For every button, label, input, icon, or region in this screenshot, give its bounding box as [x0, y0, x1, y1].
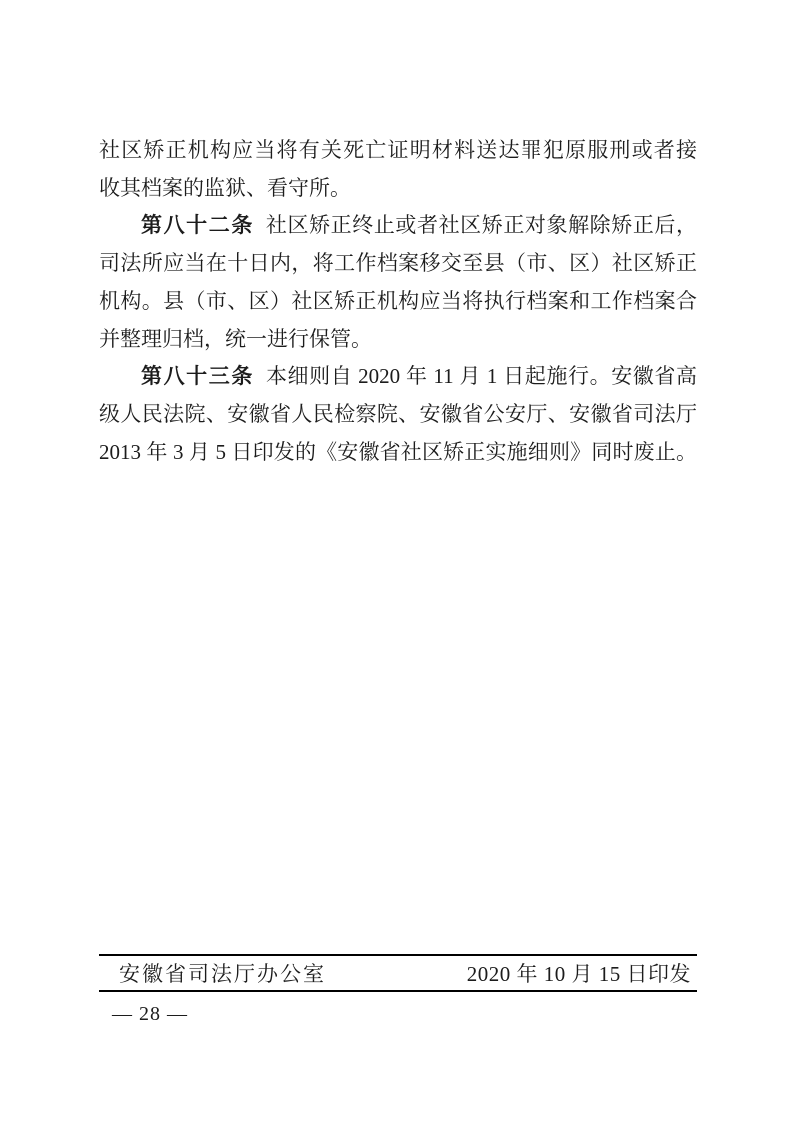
document-body: 社区矫正机构应当将有关死亡证明材料送达罪犯原服刑或者接 收其档案的监狱、看守所。… [99, 132, 697, 471]
footer-rule-bottom [99, 990, 697, 992]
body-line: 机构。县（市、区）社区矫正机构应当将执行档案和工作档案合 [99, 283, 697, 321]
article-82-number: 第八十二条 [141, 214, 254, 237]
body-line-text: 社区矫正终止或者社区矫正对象解除矫正后， [266, 213, 697, 237]
body-line: 2013 年 3 月 5 日印发的《安徽省社区矫正实施细则》同时废止。 [99, 434, 697, 472]
body-line-article-82: 第八十二条社区矫正终止或者社区矫正对象解除矫正后， [99, 207, 697, 245]
body-line: 社区矫正机构应当将有关死亡证明材料送达罪犯原服刑或者接 [99, 132, 697, 170]
print-date: 2020 年 10 月 15 日印发 [467, 958, 691, 988]
document-footer: 安徽省司法厅办公室 2020 年 10 月 15 日印发 [99, 956, 697, 990]
issuing-office: 安徽省司法厅办公室 [119, 958, 326, 988]
page-number: — 28 — [112, 1003, 188, 1026]
body-line: 司法所应当在十日内，将工作档案移交至县（市、区）社区矫正 [99, 245, 697, 283]
body-line-text: 本细则自 2020 年 11 月 1 日起施行。安徽省高 [266, 364, 697, 388]
body-line: 收其档案的监狱、看守所。 [99, 170, 697, 208]
body-line: 级人民法院、安徽省人民检察院、安徽省公安厅、安徽省司法厅 [99, 396, 697, 434]
document-page: 社区矫正机构应当将有关死亡证明材料送达罪犯原服刑或者接 收其档案的监狱、看守所。… [0, 0, 793, 1122]
body-line: 并整理归档，统一进行保管。 [99, 321, 697, 359]
body-line-article-83: 第八十三条本细则自 2020 年 11 月 1 日起施行。安徽省高 [99, 358, 697, 396]
article-83-number: 第八十三条 [141, 365, 254, 388]
